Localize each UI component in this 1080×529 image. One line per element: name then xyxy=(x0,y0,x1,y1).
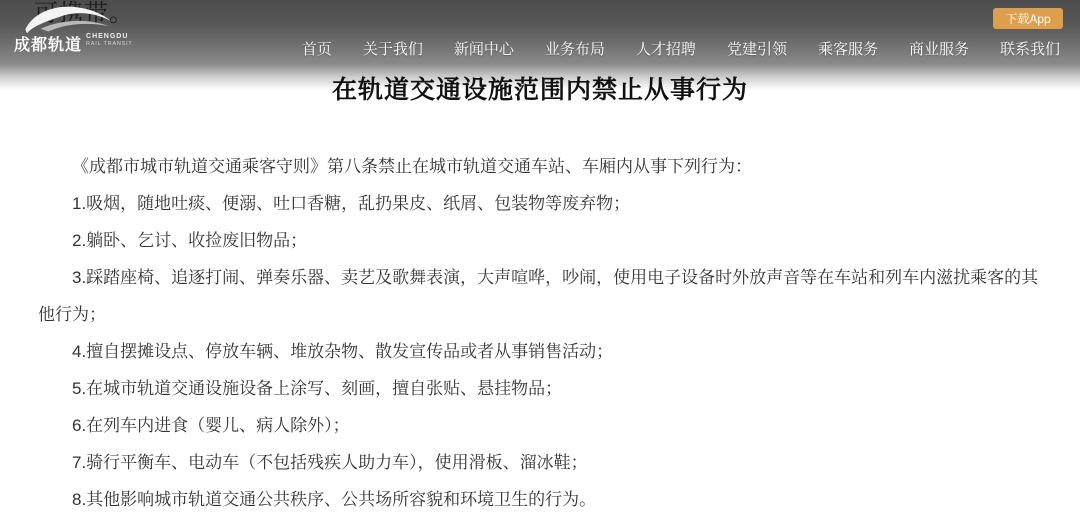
nav-item-commercial-service[interactable]: 商业服务 xyxy=(909,38,969,59)
nav-item-home[interactable]: 首页 xyxy=(302,38,332,59)
page-title: 在轨道交通设施范围内禁止从事行为 xyxy=(0,70,1080,106)
site-header: 可携带。 成都轨道 CHENGDU RAIL TRANSIT 首页 关于我们 新… xyxy=(0,0,1080,64)
site-logo[interactable]: 成都轨道 CHENGDU RAIL TRANSIT xyxy=(14,4,134,55)
nav-item-passenger-service[interactable]: 乘客服务 xyxy=(818,38,878,59)
prohibited-item-8: 8.其他影响城市轨道交通公共秩序、公共场所容貌和环境卫生的行为。 xyxy=(38,481,1044,518)
nav-item-careers[interactable]: 人才招聘 xyxy=(636,38,696,59)
nav-item-news[interactable]: 新闻中心 xyxy=(454,38,514,59)
nav-item-about[interactable]: 关于我们 xyxy=(363,38,423,59)
article-body: 《成都市城市轨道交通乘客守则》第八条禁止在城市轨道交通车站、车厢内从事下列行为：… xyxy=(38,148,1044,518)
logo-text-en: CHENGDU RAIL TRANSIT xyxy=(86,33,133,47)
article-intro-paragraph: 《成都市城市轨道交通乘客守则》第八条禁止在城市轨道交通车站、车厢内从事下列行为： xyxy=(38,148,1044,185)
download-app-button[interactable]: 下载App xyxy=(993,8,1063,29)
prohibited-item-2: 2.躺卧、乞讨、收捡废旧物品； xyxy=(38,222,1044,259)
nav-item-party-building[interactable]: 党建引领 xyxy=(727,38,787,59)
prohibited-item-3: 3.踩踏座椅、追逐打闹、弹奏乐器、卖艺及歌舞表演，大声喧哗，吵闹，使用电子设备时… xyxy=(38,259,1044,333)
prohibited-item-4: 4.擅自摆摊设点、停放车辆、堆放杂物、散发宣传品或者从事销售活动； xyxy=(38,333,1044,370)
logo-text-zh: 成都轨道 xyxy=(14,32,82,55)
nav-item-contact[interactable]: 联系我们 xyxy=(1000,38,1060,59)
nav-item-business-layout[interactable]: 业务布局 xyxy=(545,38,605,59)
main-nav: 首页 关于我们 新闻中心 业务布局 人才招聘 党建引领 乘客服务 商业服务 联系… xyxy=(302,38,1060,59)
prohibited-item-6: 6.在列车内进食（婴儿、病人除外）； xyxy=(38,407,1044,444)
prohibited-item-1: 1.吸烟，随地吐痰、便溺、吐口香糖，乱扔果皮、纸屑、包装物等废弃物； xyxy=(38,185,1044,222)
prohibited-item-5: 5.在城市轨道交通设施设备上涂写、刻画，擅自张贴、悬挂物品； xyxy=(38,370,1044,407)
prohibited-item-7: 7.骑行平衡车、电动车（不包括残疾人助力车），使用滑板、溜冰鞋； xyxy=(38,444,1044,481)
